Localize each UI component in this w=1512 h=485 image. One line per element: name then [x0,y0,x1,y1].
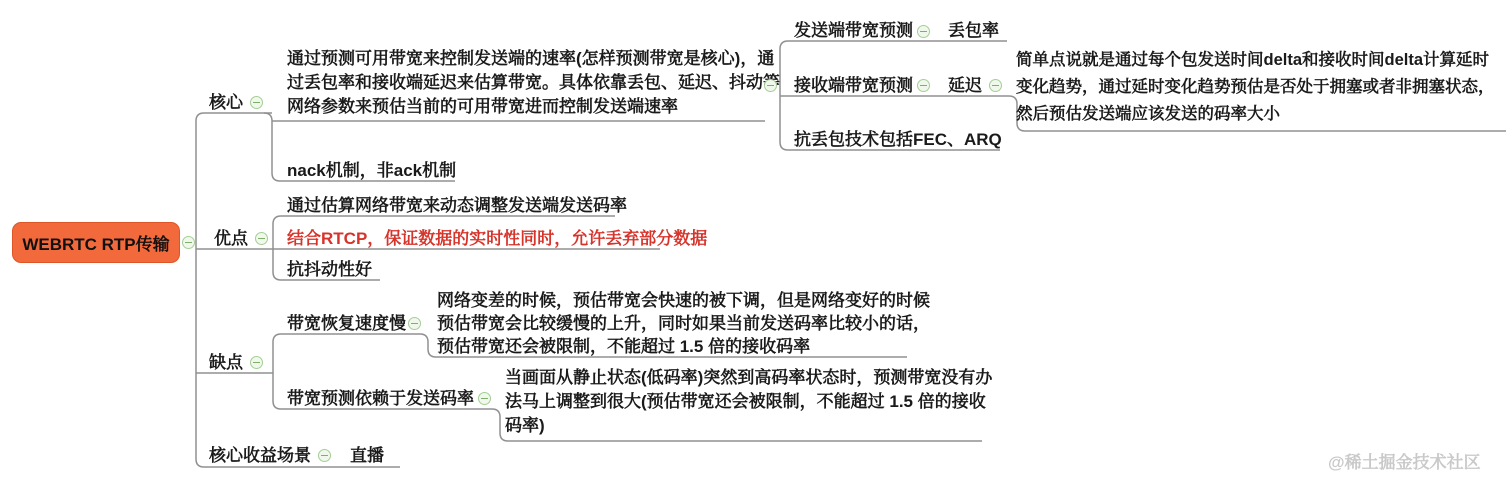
node-slow-recovery[interactable]: 带宽恢复速度慢 [287,313,406,334]
node-pros-item-3[interactable]: 抗抖动性好 [287,259,372,280]
collapse-icon[interactable] [182,236,195,249]
node-core[interactable]: 核心 [209,92,243,113]
collapse-icon[interactable] [478,392,491,405]
collapse-icon[interactable] [250,96,263,109]
node-pros[interactable]: 优点 [214,228,248,249]
collapse-icon[interactable] [989,79,1002,92]
node-bitrate-dependency-detail[interactable]: 当画面从静止状态(低码率)突然到高码率状态时，预测带宽没有办 法马上调整到很大(… [505,366,992,438]
collapse-icon[interactable] [255,232,268,245]
node-delay-detail[interactable]: 简单点说就是通过每个包发送时间delta和接收时间delta计算延时 变化趋势，… [1016,47,1495,128]
node-delay[interactable]: 延迟 [948,75,982,96]
collapse-icon[interactable] [318,449,331,462]
collapse-icon[interactable] [917,25,930,38]
node-core-description[interactable]: 通过预测可用带宽来控制发送端的速率(怎样预测带宽是核心)，通 过丢包率和接收端延… [287,47,780,119]
collapse-icon[interactable] [408,317,421,330]
mindmap-canvas: WEBRTC RTP传输 核心 通过预测可用带宽来控制发送端的速率(怎样预测带宽… [0,0,1512,485]
node-scene-live[interactable]: 直播 [350,445,384,466]
node-nack[interactable]: nack机制，非ack机制 [287,160,456,181]
collapse-icon[interactable] [917,79,930,92]
node-scene[interactable]: 核心收益场景 [209,445,311,466]
node-receiver-prediction[interactable]: 接收端带宽预测 [794,75,913,96]
node-root[interactable]: WEBRTC RTP传输 [12,222,180,263]
node-packet-loss-rate[interactable]: 丢包率 [948,20,999,41]
node-bitrate-dependency[interactable]: 带宽预测依赖于发送码率 [287,388,474,409]
watermark: @稀土掘金技术社区 [1328,448,1481,473]
collapse-icon[interactable] [764,79,777,92]
node-slow-recovery-detail[interactable]: 网络变差的时候，预估带宽会快速的被下调，但是网络变好的时候 预估带宽会比较缓慢的… [437,289,930,358]
node-pros-item-1[interactable]: 通过估算网络带宽来动态调整发送端发送码率 [287,195,627,216]
root-title: WEBRTC RTP传输 [22,230,169,255]
node-pros-item-2[interactable]: 结合RTCP，保证数据的实时性同时，允许丢弃部分数据 [287,228,707,249]
collapse-icon[interactable] [250,356,263,369]
node-cons[interactable]: 缺点 [209,352,243,373]
node-sender-prediction[interactable]: 发送端带宽预测 [794,20,913,41]
node-anti-packet-loss[interactable]: 抗丢包技术包括FEC、ARQ [794,129,1002,150]
